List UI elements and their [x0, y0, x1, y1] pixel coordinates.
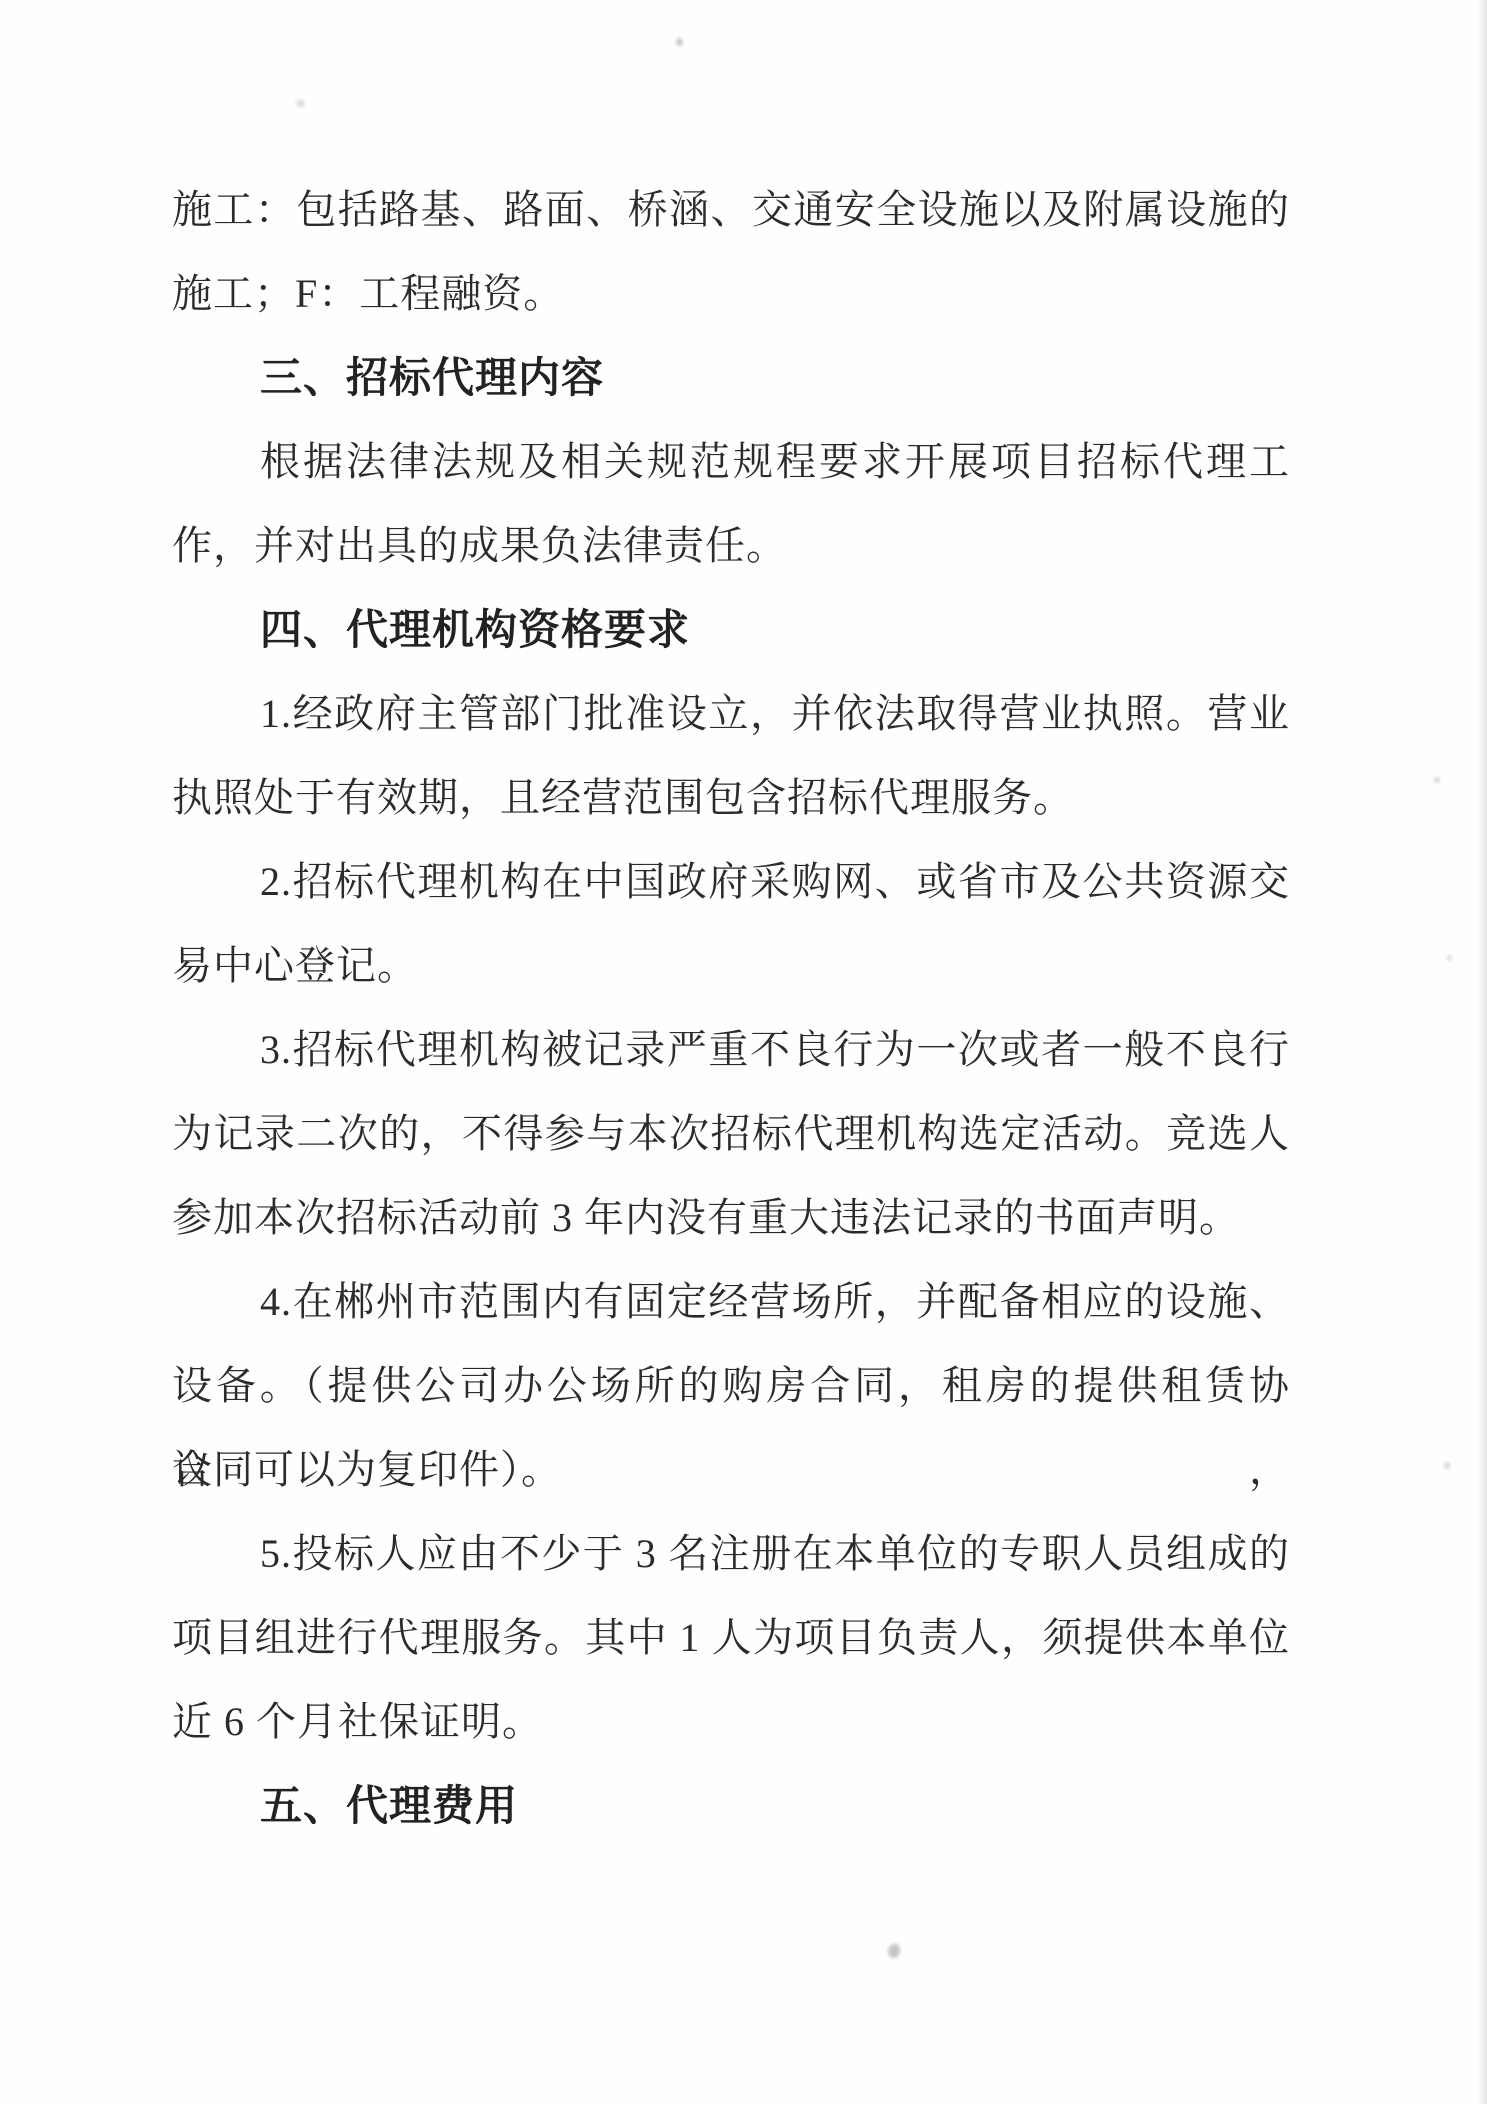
heading-section-4: 四、代理机构资格要求 [172, 588, 1290, 672]
body-line: 根据法律法规及相关规范规程要求开展项目招标代理工 [172, 420, 1290, 504]
numbered-item-line: 1.经政府主管部门批准设立，并依法取得营业执照。营业 [172, 672, 1290, 756]
heading-section-5: 五、代理费用 [172, 1764, 1290, 1848]
document-page: 施工：包括路基、路面、桥涵、交通安全设施以及附属设施的 施工；F：工程融资。 三… [0, 0, 1487, 2104]
scan-speck [296, 100, 305, 107]
body-line: 施工；F：工程融资。 [172, 252, 1290, 336]
body-line: 近 6 个月社保证明。 [172, 1680, 1290, 1764]
body-line: 易中心登记。 [172, 924, 1290, 1008]
scan-speck [676, 38, 683, 46]
heading-section-3: 三、招标代理内容 [172, 336, 1290, 420]
scan-speck [1444, 1462, 1450, 1469]
scan-smudge [888, 1944, 900, 1958]
numbered-item-line: 2.招标代理机构在中国政府采购网、或省市及公共资源交 [172, 840, 1290, 924]
numbered-item-line: 4.在郴州市范围内有固定经营场所，并配备相应的设施、 [172, 1260, 1290, 1344]
body-line: 施工：包括路基、路面、桥涵、交通安全设施以及附属设施的 [172, 168, 1290, 252]
scan-edge-shadow [1478, 0, 1487, 2104]
text-column: 施工：包括路基、路面、桥涵、交通安全设施以及附属设施的 施工；F：工程融资。 三… [172, 168, 1290, 1848]
numbered-item-line: 5.投标人应由不少于 3 名注册在本单位的专职人员组成的 [172, 1512, 1290, 1596]
body-line: 参加本次招标活动前 3 年内没有重大违法记录的书面声明。 [172, 1176, 1290, 1260]
numbered-item-line: 3.招标代理机构被记录严重不良行为一次或者一般不良行 [172, 1008, 1290, 1092]
scan-speck [1447, 955, 1452, 961]
scan-speck [1434, 777, 1440, 783]
body-line: 执照处于有效期，且经营范围包含招标代理服务。 [172, 756, 1290, 840]
body-line: 作，并对出具的成果负法律责任。 [172, 504, 1290, 588]
body-line: 为记录二次的，不得参与本次招标代理机构选定活动。竞选人 [172, 1092, 1290, 1176]
body-line: 项目组进行代理服务。其中 1 人为项目负责人，须提供本单位 [172, 1596, 1290, 1680]
body-line: 设备。（提供公司办公场所的购房合同，租房的提供租赁协议， [172, 1344, 1290, 1428]
